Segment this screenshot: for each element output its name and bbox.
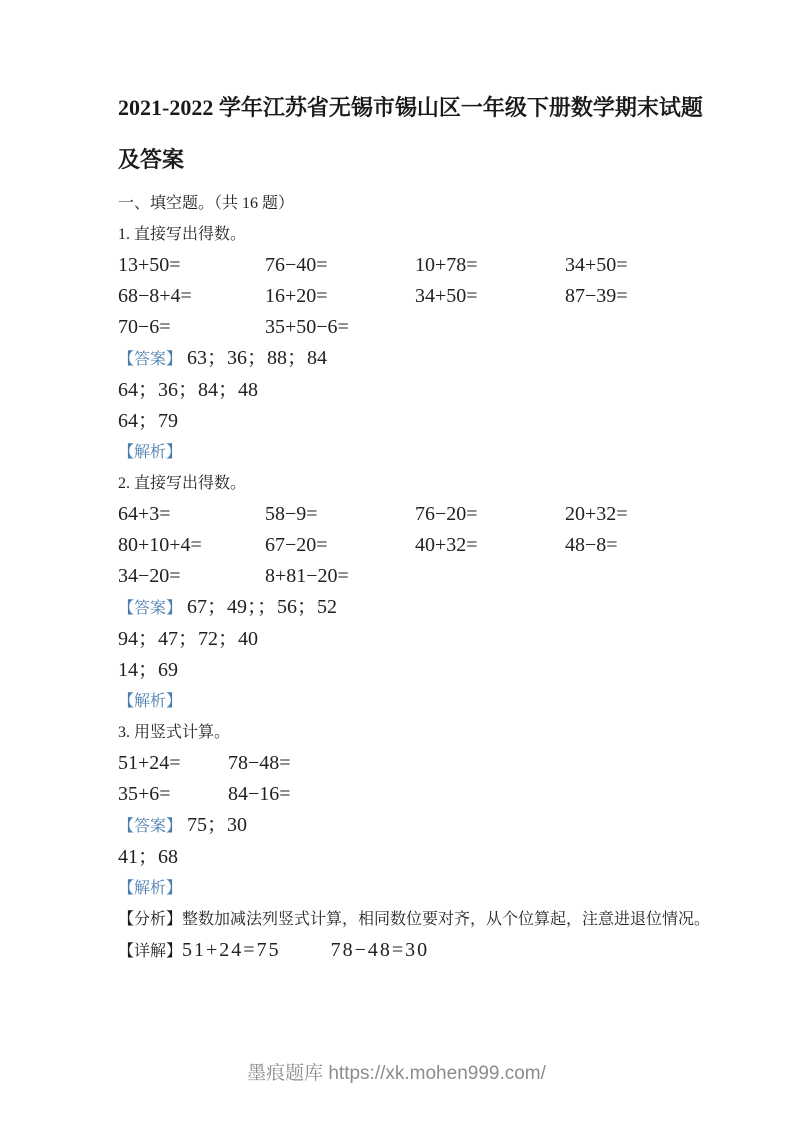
math-expression <box>565 312 733 343</box>
math-expression <box>565 561 733 592</box>
math-expression: 13+50= <box>118 250 265 281</box>
detail-expression: 78−48=30 <box>331 939 430 961</box>
math-expression: 40+32= <box>415 530 565 561</box>
breakdown-label: 【分析】 <box>118 911 182 928</box>
detail-line: 【详解】51+24=7578−48=30 <box>118 935 733 967</box>
answer-continuation: 41；68 <box>118 842 733 873</box>
question-2-prompt: 2. 直接写出得数。 <box>118 468 733 499</box>
math-expression: 35+6= <box>118 779 228 810</box>
question-3: 3. 用竖式计算。 51+24= 78−48= 35+6= 84−16= 【答案… <box>118 717 733 967</box>
math-expression: 76−20= <box>415 499 565 530</box>
math-expression: 84−16= <box>228 779 733 810</box>
exam-document-page: 2021-2022 学年江苏省无锡市锡山区一年级下册数学期末试题及答案 一、填空… <box>0 0 793 1122</box>
question-2-problems-row-3: 34−20= 8+81−20= <box>118 561 733 592</box>
answer-continuation: 14；69 <box>118 655 733 686</box>
answer-line: 【答案】63；36；88；84 <box>118 343 733 375</box>
analysis-label: 【解析】 <box>118 444 182 461</box>
question-3-prompt: 3. 用竖式计算。 <box>118 717 733 748</box>
math-expression: 35+50−6= <box>265 312 415 343</box>
breakdown-line: 【分析】整数加减法列竖式计算，相同数位要对齐，从个位算起，注意进退位情况。 <box>118 904 733 935</box>
analysis-line: 【解析】 <box>118 873 733 904</box>
answer-label: 【答案】 <box>118 600 182 617</box>
document-title: 2021-2022 学年江苏省无锡市锡山区一年级下册数学期末试题及答案 <box>118 82 710 186</box>
math-expression: 34+50= <box>415 281 565 312</box>
answer-label: 【答案】 <box>118 351 182 368</box>
math-expression: 16+20= <box>265 281 415 312</box>
math-expression: 10+78= <box>415 250 565 281</box>
math-expression: 20+32= <box>565 499 733 530</box>
math-expression: 67−20= <box>265 530 415 561</box>
math-expression: 34+50= <box>565 250 733 281</box>
answer-values: 63；36；88；84 <box>187 347 327 369</box>
footer-watermark[interactable]: 墨痕题库 https://xk.mohen999.com/ <box>0 1062 793 1086</box>
answer-continuation: 94；47；72；40 <box>118 624 733 655</box>
answer-label: 【答案】 <box>118 818 182 835</box>
analysis-line: 【解析】 <box>118 437 733 468</box>
math-expression: 48−8= <box>565 530 733 561</box>
question-1-problems-row-3: 70−6= 35+50−6= <box>118 312 733 343</box>
section-heading: 一、填空题。（共 16 题） <box>118 188 733 219</box>
math-expression: 51+24= <box>118 748 228 779</box>
math-expression: 78−48= <box>228 748 733 779</box>
question-3-problems-row-2: 35+6= 84−16= <box>118 779 733 810</box>
question-2-problems-row-2: 80+10+4= 67−20= 40+32= 48−8= <box>118 530 733 561</box>
math-expression: 70−6= <box>118 312 265 343</box>
footer-link[interactable]: 墨痕题库 https://xk.mohen999.com/ <box>247 1063 546 1084</box>
answer-line: 【答案】67；49；；56；52 <box>118 592 733 624</box>
math-expression: 68−8+4= <box>118 281 265 312</box>
answer-continuation: 64；36；84；48 <box>118 375 733 406</box>
math-expression: 76−40= <box>265 250 415 281</box>
question-2-problems-row-1: 64+3= 58−9= 76−20= 20+32= <box>118 499 733 530</box>
question-1-problems-row-2: 68−8+4= 16+20= 34+50= 87−39= <box>118 281 733 312</box>
math-expression: 8+81−20= <box>265 561 415 592</box>
question-2: 2. 直接写出得数。 64+3= 58−9= 76−20= 20+32= 80+… <box>118 468 733 717</box>
question-3-problems-row-1: 51+24= 78−48= <box>118 748 733 779</box>
breakdown-text: 整数加减法列竖式计算，相同数位要对齐，从个位算起，注意进退位情况。 <box>182 911 710 928</box>
document-content: 2021-2022 学年江苏省无锡市锡山区一年级下册数学期末试题及答案 一、填空… <box>118 0 733 967</box>
math-expression <box>415 561 565 592</box>
answer-continuation: 64；79 <box>118 406 733 437</box>
math-expression: 64+3= <box>118 499 265 530</box>
question-1-problems-row-1: 13+50= 76−40= 10+78= 34+50= <box>118 250 733 281</box>
answer-values: 67；49；；56；52 <box>187 596 337 618</box>
math-expression <box>415 312 565 343</box>
answer-values: 75；30 <box>187 814 247 836</box>
answer-line: 【答案】75；30 <box>118 810 733 842</box>
analysis-line: 【解析】 <box>118 686 733 717</box>
detail-expression: 51+24=75 <box>182 939 281 961</box>
analysis-label: 【解析】 <box>118 880 182 897</box>
analysis-label: 【解析】 <box>118 693 182 710</box>
question-1-prompt: 1. 直接写出得数。 <box>118 219 733 250</box>
math-expression: 87−39= <box>565 281 733 312</box>
math-expression: 58−9= <box>265 499 415 530</box>
question-1: 1. 直接写出得数。 13+50= 76−40= 10+78= 34+50= 6… <box>118 219 733 468</box>
math-expression: 80+10+4= <box>118 530 265 561</box>
math-expression: 34−20= <box>118 561 265 592</box>
detail-label: 【详解】 <box>118 943 182 960</box>
